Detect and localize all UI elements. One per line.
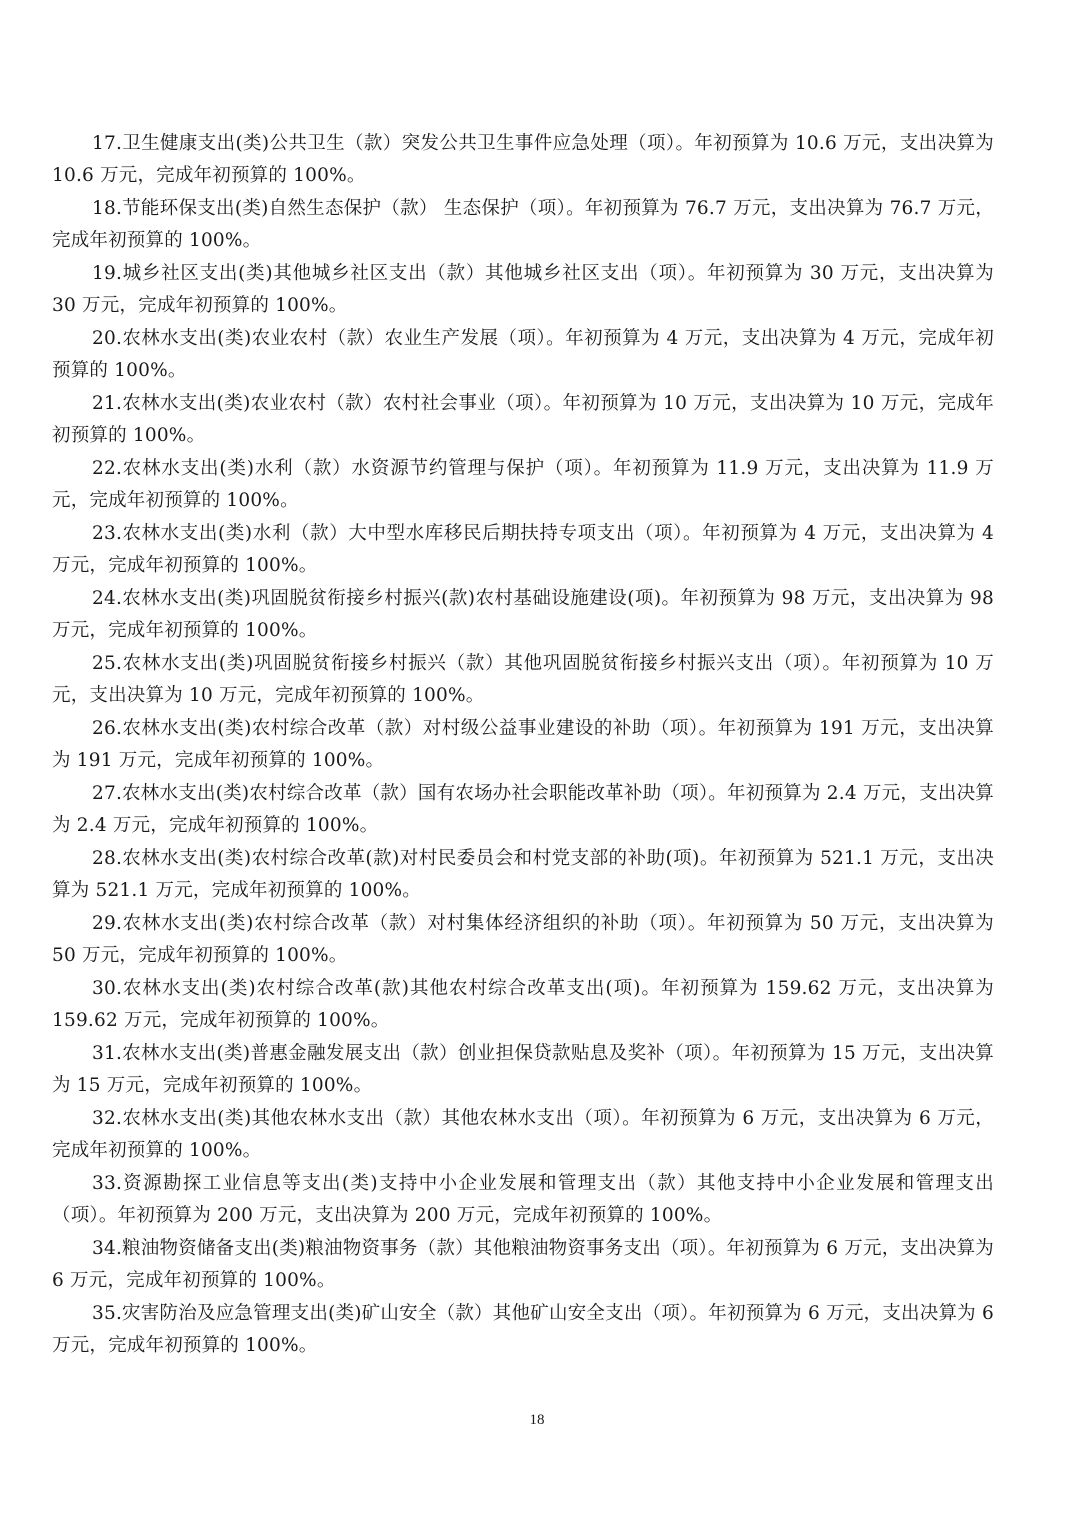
paragraph-31: 31.农林水支出(类)普惠金融发展支出（款）创业担保贷款贴息及奖补（项）。年初预… [52, 1038, 994, 1102]
paragraph-24: 24.农林水支出(类)巩固脱贫衔接乡村振兴(款)农村基础设施建设(项)。年初预算… [52, 583, 994, 647]
paragraph-33: 33.资源勘探工业信息等支出(类)支持中小企业发展和管理支出（款）其他支持中小企… [52, 1168, 994, 1232]
paragraph-25: 25.农林水支出(类)巩固脱贫衔接乡村振兴（款）其他巩固脱贫衔接乡村振兴支出（项… [52, 648, 994, 712]
paragraph-35: 35.灾害防治及应急管理支出(类)矿山安全（款）其他矿山安全支出（项）。年初预算… [52, 1298, 994, 1362]
paragraph-17: 17.卫生健康支出(类)公共卫生（款）突发公共卫生事件应急处理（项）。年初预算为… [52, 128, 994, 192]
paragraph-20: 20.农林水支出(类)农业农村（款）农业生产发展（项）。年初预算为 4 万元，支… [52, 323, 994, 387]
paragraph-34: 34.粮油物资储备支出(类)粮油物资事务（款）其他粮油物资事务支出（项）。年初预… [52, 1233, 994, 1297]
paragraph-28: 28.农林水支出(类)农村综合改革(款)对村民委员会和村党支部的补助(项)。年初… [52, 843, 994, 907]
paragraph-23: 23.农林水支出(类)水利（款）大中型水库移民后期扶持专项支出（项）。年初预算为… [52, 518, 994, 582]
paragraph-19: 19.城乡社区支出(类)其他城乡社区支出（款）其他城乡社区支出（项）。年初预算为… [52, 258, 994, 322]
paragraph-27: 27.农林水支出(类)农村综合改革（款）国有农场办社会职能改革补助（项）。年初预… [52, 778, 994, 842]
paragraph-29: 29.农林水支出(类)农村综合改革（款）对村集体经济组织的补助（项）。年初预算为… [52, 908, 994, 972]
paragraph-26: 26.农林水支出(类)农村综合改革（款）对村级公益事业建设的补助（项）。年初预算… [52, 713, 994, 777]
paragraph-21: 21.农林水支出(类)农业农村（款）农村社会事业（项）。年初预算为 10 万元，… [52, 388, 994, 452]
paragraph-18: 18.节能环保支出(类)自然生态保护（款） 生态保护（项）。年初预算为 76.7… [52, 193, 994, 257]
paragraph-32: 32.农林水支出(类)其他农林水支出（款）其他农林水支出（项）。年初预算为 6 … [52, 1103, 994, 1167]
document-page: 17.卫生健康支出(类)公共卫生（款）突发公共卫生事件应急处理（项）。年初预算为… [0, 0, 1074, 1520]
page-number: 18 [0, 1412, 1074, 1429]
paragraph-22: 22.农林水支出(类)水利（款）水资源节约管理与保护（项）。年初预算为 11.9… [52, 453, 994, 517]
paragraph-30: 30.农林水支出(类)农村综合改革(款)其他农村综合改革支出(项)。年初预算为 … [52, 973, 994, 1037]
